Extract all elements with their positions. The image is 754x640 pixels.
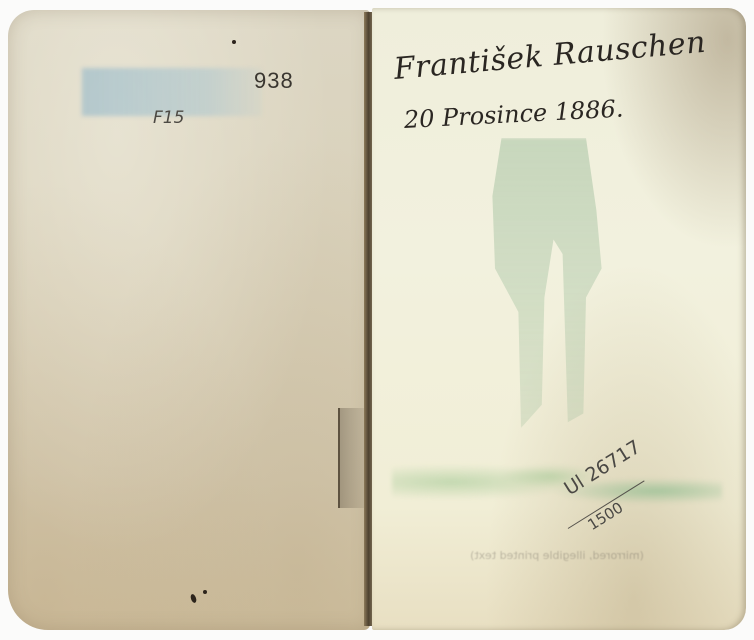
shelf-mark: 938 xyxy=(254,68,294,94)
ink-spot xyxy=(190,593,198,603)
pencil-mark: F15 xyxy=(153,108,184,128)
ink-spot xyxy=(203,590,207,594)
bleed-line: (mirrored, illegible printed text) xyxy=(422,548,692,564)
bleed-through-text: (mirrored, illegible printed text) xyxy=(422,548,692,564)
right-page: František Rauschen 20 Prosince 1886. Ul … xyxy=(372,8,746,630)
left-page: 938 F15 xyxy=(8,10,370,630)
green-stains xyxy=(392,458,722,518)
owner-signature: František Rauschen xyxy=(392,25,707,87)
book-spread: 938 F15 František Rauschen 20 Prosince 1… xyxy=(0,0,754,640)
signature-date: 20 Prosince 1886. xyxy=(403,95,624,134)
offset-figure-stain xyxy=(482,138,612,428)
ink-spot xyxy=(232,40,236,44)
